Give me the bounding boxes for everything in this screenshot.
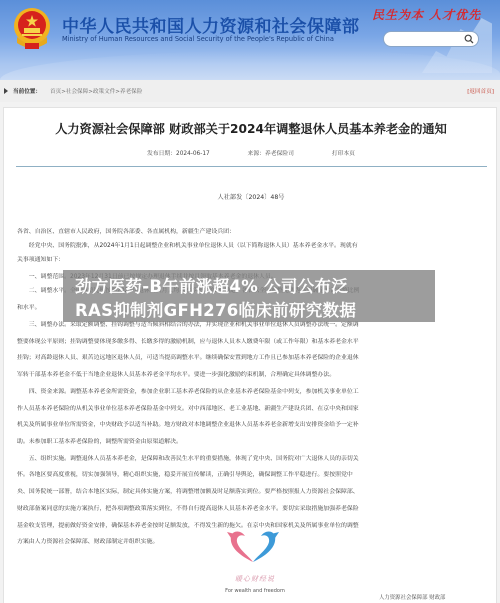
breadcrumb-path[interactable]: 首页>社会保障>政策文件>养老保险 [50, 87, 142, 95]
body-line: 军转干部基本养老金不低于当地企业退休人员基本养老金平均水平。要进一步强化激励约束… [17, 369, 487, 378]
watermark-en: For wealth and freedom [210, 588, 300, 594]
body-line: 经党中央、国务院批准，从2024年1月1日起调整企业和机关事业单位退休人员（以下… [17, 240, 487, 249]
body-line: 五、组织实施。调整退休人员基本养老金，是保障和改善民生水平的重要措施，体现了党中… [17, 453, 487, 462]
body-line: 机关及所属事业单位所需资金，中央财政予以适当补助。地方财政对本地调整企业退休人员… [17, 419, 487, 428]
body-line: 央、国务院统一部署，结合本地区实际，制定具体实施方案，将调整增加额及时足额落实到… [17, 486, 487, 495]
return-home-link[interactable]: [返回首页] [467, 87, 494, 95]
body-line: 四、资金来源。调整基本养老金所需资金，参加企业职工基本养老保险的从企业基本养老保… [17, 386, 487, 395]
headline-line-2: RAS抑制剂GFH276临床前研究数据 [75, 297, 435, 321]
body-line: 作人员基本养老保险的从机关事业单位基本养老保险基金中列支。对中西部地区、老工业基… [17, 403, 487, 412]
body-line: 整要体现公平原则；挂钩调整要体现多缴多得、长缴多得的激励机制，应与退休人员本人缴… [17, 336, 487, 345]
publish-date: 发布日期：2024-06-17 [147, 151, 210, 157]
article-source: 来源：养老保险司 [248, 151, 294, 157]
body-line: 各省、自治区、直辖市人民政府，国务院各部委、各直属机构，新疆生产建设兵团： [17, 226, 487, 235]
body-line: 怀。各地区要高度重视，切实加强领导，精心组织实施，稳妥开展宣传解读，正确引导舆论… [17, 469, 487, 478]
body-line: 财政部备案同意的实施方案执行，把各项调整政策落实到位，不得自行提高退休人员基本养… [17, 503, 487, 512]
body-line: 关事项通知如下： [17, 254, 487, 263]
national-emblem-icon[interactable] [11, 7, 53, 51]
triangle-right-icon [4, 88, 8, 94]
document-number: 人社部发〔2024〕48号 [4, 192, 498, 201]
breadcrumb: 当前位置： 首页>社会保障>政策文件>养老保险 [返回首页] [0, 80, 500, 102]
search-input[interactable] [383, 31, 479, 47]
title-divider [16, 166, 487, 167]
breadcrumb-label: 当前位置： [13, 87, 41, 95]
slogan: 民生为本 人才优先 [372, 6, 481, 23]
watermark-cn: 暖心财经说 [215, 574, 295, 584]
signer: 人力资源社会保障部 财政部 [379, 593, 445, 601]
site-title[interactable]: 中华人民共和国人力资源和社会保障部 [62, 12, 360, 37]
search-icon[interactable] [464, 34, 474, 44]
heart-birds-logo-icon [223, 528, 283, 564]
page-title: 人力资源社会保障部 财政部关于2024年调整退休人员基本养老金的通知 [4, 120, 498, 137]
print-page-link[interactable]: 打印本页 [332, 151, 355, 157]
site-subtitle: Ministry of Human Resources and Social S… [62, 35, 334, 43]
article-meta: 发布日期：2024-06-17 来源：养老保险司 打印本页 [4, 148, 498, 157]
headline-line-1: 劲方医药-B午前涨超4% 公司公布泛 [75, 273, 435, 297]
body-line: 助。未参加职工基本养老保险的，调整所需资金由原渠道解决。 [17, 436, 487, 445]
banner-hills-decoration [0, 50, 500, 80]
site-header: 中华人民共和国人力资源和社会保障部 Ministry of Human Reso… [0, 0, 500, 80]
watermark-logo: 暖心财经说 For wealth and freedom [215, 528, 295, 603]
body-line: 挂钩；对高龄退休人员、艰苦边远地区退休人员，可适当提高调整水平。继续确保安置到地… [17, 352, 487, 361]
headline-overlay: 劲方医药-B午前涨超4% 公司公布泛 RAS抑制剂GFH276临床前研究数据 [63, 270, 435, 322]
